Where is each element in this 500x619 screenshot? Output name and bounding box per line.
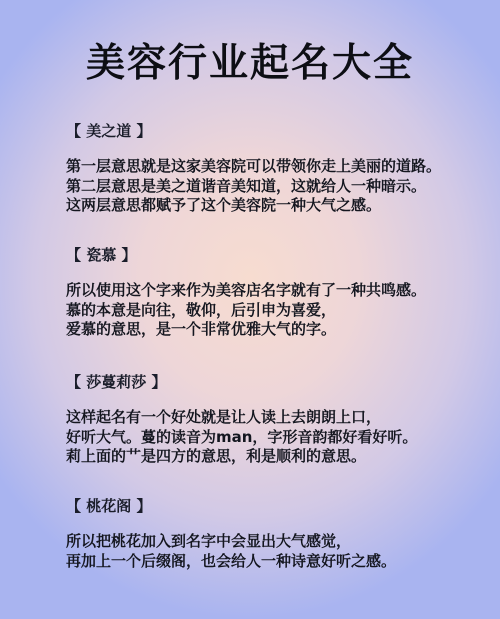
section-heading: 【 桃花阁 】 [66, 496, 490, 516]
section-heading: 【 美之道 】 [66, 121, 490, 141]
section-mei-zhi-dao: 【 美之道 】 第一层意思就是这家美容院可以带领你走上美丽的道路。 第二层意思是… [66, 121, 490, 216]
section-sha-man-li-sha: 【 莎蔓莉莎 】 这样起名有一个好处就是让人读上去朗朗上口， 好听大气。蔓的读音… [66, 372, 490, 467]
section-line: 第二层意思是美之道谐音美知道，这就给人一种暗示。 [66, 177, 490, 197]
section-tao-hua-ge: 【 桃花阁 】 所以把桃花加入到名字中会显出大气感觉， 再加上一个后缀阁，也会给… [66, 496, 490, 571]
section-line: 所以使用这个字来作为美容店名字就有了一种共鸣感。 [66, 281, 490, 301]
page-title: 美容行业起名大全 [0, 40, 500, 88]
section-heading: 【 莎蔓莉莎 】 [66, 372, 490, 392]
section-line: 好听大气。蔓的读音为man，字形音韵都好看好听。 [66, 428, 490, 448]
section-line: 爱慕的意思，是一个非常优雅大气的字。 [66, 320, 490, 340]
section-line: 再加上一个后缀阁，也会给人一种诗意好听之感。 [66, 552, 490, 572]
section-ci-mu: 【 瓷慕 】 所以使用这个字来作为美容店名字就有了一种共鸣感。 慕的本意是向往，… [66, 245, 490, 340]
section-line: 慕的本意是向往，敬仰，后引申为喜爱， [66, 301, 490, 321]
section-heading: 【 瓷慕 】 [66, 245, 490, 265]
section-line: 这两层意思都赋予了这个美容院一种大气之感。 [66, 196, 490, 216]
section-line: 这样起名有一个好处就是让人读上去朗朗上口， [66, 408, 490, 428]
section-line: 莉上面的艹是四方的意思，利是顺利的意思。 [66, 447, 490, 467]
section-line: 所以把桃花加入到名字中会显出大气感觉， [66, 532, 490, 552]
section-line: 第一层意思就是这家美容院可以带领你走上美丽的道路。 [66, 157, 490, 177]
